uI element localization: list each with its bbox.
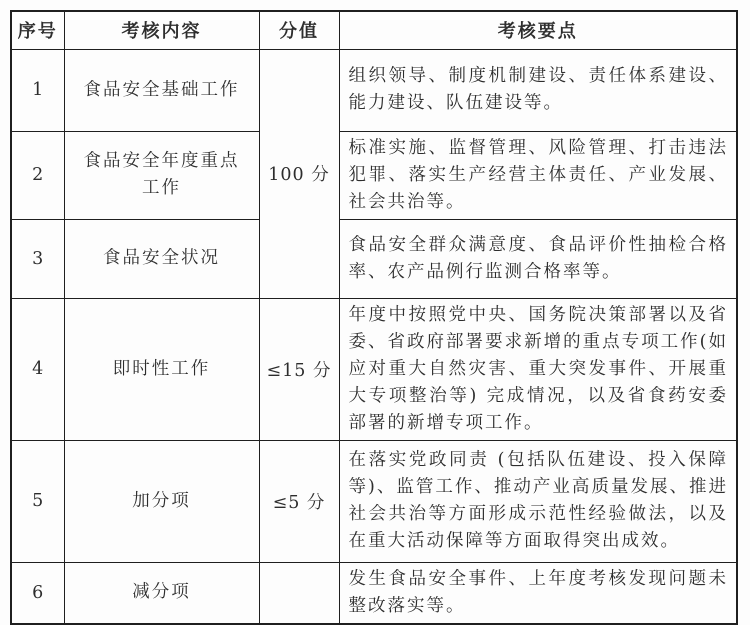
row-4-score: ≤15 分: [259, 298, 339, 440]
row-1-points: 组织领导、制度机制建设、责任体系建设、能力建设、队伍建设等。: [339, 49, 737, 131]
row-1-no: 1: [11, 49, 64, 131]
col-header-content: 考核内容: [64, 11, 259, 49]
table-row: 3 食品安全状况 食品安全群众满意度、食品评价性抽检合格率、农产品例行监测合格率…: [11, 219, 737, 298]
row-6-score: [259, 562, 339, 624]
row-4-points: 年度中按照党中央、国务院决策部署以及省委、省政府部署要求新增的重点专项工作(如应…: [339, 298, 737, 440]
row-4-content: 即时性工作: [64, 298, 259, 440]
row-2-points: 标准实施、监督管理、风险管理、打击违法犯罪、落实生产经营主体责任、产业发展、社会…: [339, 131, 737, 219]
row-2-content: 食品安全年度重点工作: [64, 131, 259, 219]
row-6-points: 发生食品安全事件、上年度考核发现问题未整改落实等。: [339, 562, 737, 624]
table-row: 5 加分项 ≤5 分 在落实党政同责 (包括队伍建设、投入保障等)、监管工作、推…: [11, 440, 737, 562]
row-6-no: 6: [11, 562, 64, 624]
assessment-table: 序号 考核内容 分值 考核要点 1 食品安全基础工作 100 分 组织领导、制度…: [10, 10, 738, 625]
table-row: 6 减分项 发生食品安全事件、上年度考核发现问题未整改落实等。: [11, 562, 737, 624]
row-5-points: 在落实党政同责 (包括队伍建设、投入保障等)、监管工作、推动产业高质量发展、推进…: [339, 440, 737, 562]
document-page: 序号 考核内容 分值 考核要点 1 食品安全基础工作 100 分 组织领导、制度…: [0, 0, 750, 617]
header-row: 序号 考核内容 分值 考核要点: [11, 11, 737, 49]
row-6-content: 减分项: [64, 562, 259, 624]
row-1-content: 食品安全基础工作: [64, 49, 259, 131]
row-4-no: 4: [11, 298, 64, 440]
row-5-score: ≤5 分: [259, 440, 339, 562]
col-header-no: 序号: [11, 11, 64, 49]
col-header-score: 分值: [259, 11, 339, 49]
row-3-no: 3: [11, 219, 64, 298]
row-3-content: 食品安全状况: [64, 219, 259, 298]
table-row: 1 食品安全基础工作 100 分 组织领导、制度机制建设、责任体系建设、能力建设…: [11, 49, 737, 131]
table-row: 2 食品安全年度重点工作 标准实施、监督管理、风险管理、打击违法犯罪、落实生产经…: [11, 131, 737, 219]
row-2-no: 2: [11, 131, 64, 219]
rows-1-3-score-merged: 100 分: [259, 49, 339, 298]
row-5-no: 5: [11, 440, 64, 562]
row-3-points: 食品安全群众满意度、食品评价性抽检合格率、农产品例行监测合格率等。: [339, 219, 737, 298]
row-5-content: 加分项: [64, 440, 259, 562]
table-row: 4 即时性工作 ≤15 分 年度中按照党中央、国务院决策部署以及省委、省政府部署…: [11, 298, 737, 440]
col-header-points: 考核要点: [339, 11, 737, 49]
